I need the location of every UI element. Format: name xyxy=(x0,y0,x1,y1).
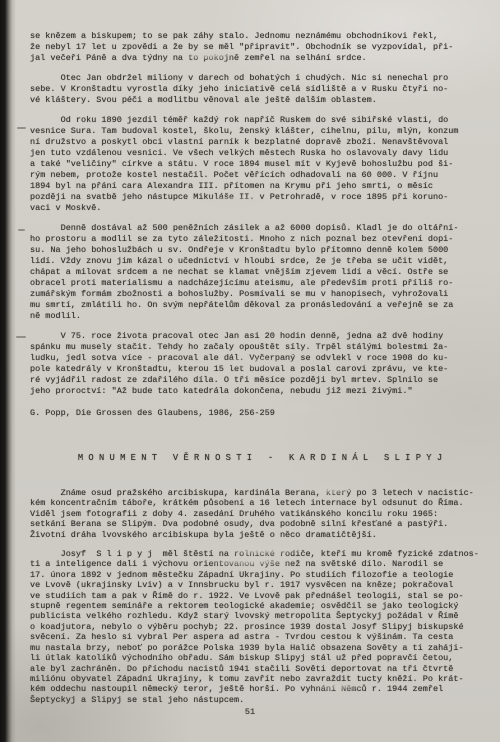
stray-mark xyxy=(17,127,26,129)
paragraph: se knězem a biskupem; to se pak záhy sta… xyxy=(30,31,490,64)
source-citation: G. Popp, Die Grossen des Glaubens, 1986,… xyxy=(30,408,490,419)
page-number: 51 xyxy=(0,707,500,717)
paragraph: Denně dostával až 500 peněžních zásilek … xyxy=(30,223,490,322)
section-kardinal-slipyj: Známe osud pražského arcibiskupa, kardin… xyxy=(30,488,490,705)
chapter-heading: M O N U M E N T V Ě R N O S T I - K A R … xyxy=(30,453,490,464)
stray-mark xyxy=(18,229,25,231)
book-gutter-shadow xyxy=(0,0,16,742)
stray-mark xyxy=(16,336,26,338)
paragraph: Známe osud pražského arcibiskupa, kardin… xyxy=(30,488,490,540)
page-text-block: se knězem a biskupem; to se pak záhy sta… xyxy=(30,31,490,714)
section-otec-jan: se knězem a biskupem; to se pak záhy sta… xyxy=(30,31,490,397)
paragraph: Od roku 1890 jezdil téměř každý rok např… xyxy=(30,115,490,214)
paragraph: Otec Jan obdržel miliony v darech od boh… xyxy=(30,73,490,106)
paragraph: Josyf S l i p y j měl štěstí na rolnické… xyxy=(30,549,490,705)
paragraph: V 75. roce života pracoval otec Jan asi … xyxy=(30,331,490,397)
scanned-book-page: se knězem a biskupem; to se pak záhy sta… xyxy=(0,0,500,742)
